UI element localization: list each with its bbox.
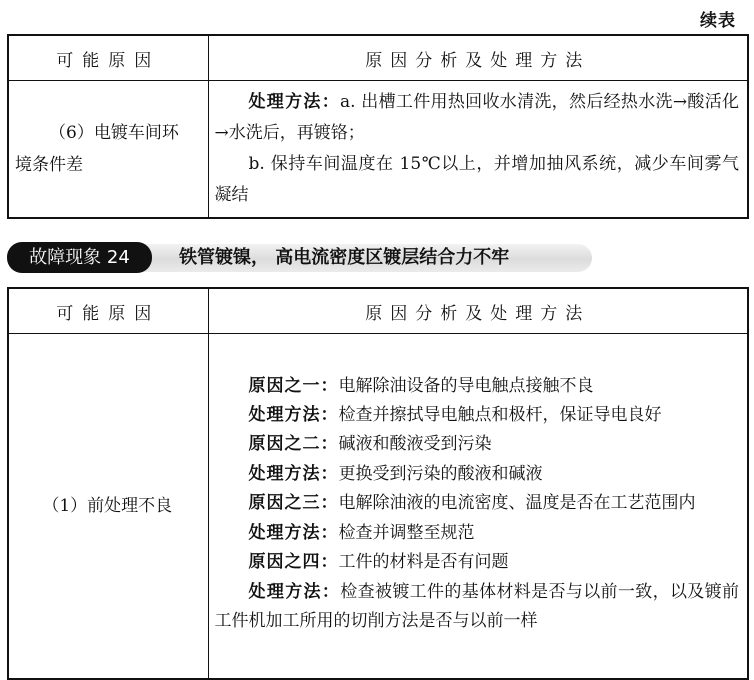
analysis-paragraph: 处理方法：检查并调整至规范 xyxy=(215,519,740,548)
keyword-label: 处理方法： xyxy=(249,405,339,425)
paragraph-text: 碱液和酸液受到污染 xyxy=(339,434,492,454)
paragraph-text: 检查并擦拭导电触点和极杆，保证导电良好 xyxy=(339,405,662,425)
paragraph-text: b. 保持车间温度在 15℃以上，并增加抽风系统，减少车间雾气凝结 xyxy=(215,154,740,205)
analysis-cell: 处理方法：a. 出槽工件用热回收水清洗，然后经热水洗→酸活化→水洗后，再镀铬； … xyxy=(208,81,748,219)
keyword-label: 原因之四： xyxy=(249,552,339,572)
analysis-paragraph: b. 保持车间温度在 15℃以上，并增加抽风系统，减少车间雾气凝结 xyxy=(215,149,740,211)
table-header-row: 可能原因 原因分析及处理方法 xyxy=(8,35,748,81)
continued-table-label: 续表 xyxy=(700,6,736,31)
paragraph-text: 电解除油设备的导电触点接触不良 xyxy=(339,376,594,396)
fault-title: 铁管镀镍， 高电流密度区镀层结合力不牢 xyxy=(179,242,509,273)
fault-number-badge: 故障现象 24 xyxy=(7,242,152,273)
cause-text-line2: 境条件差 xyxy=(15,149,200,181)
keyword-label: 原因之三： xyxy=(249,493,339,513)
header-possible-cause: 可能原因 xyxy=(8,288,208,334)
table-row: （6）电镀车间环 境条件差 处理方法：a. 出槽工件用热回收水清洗，然后经热水洗… xyxy=(8,81,748,219)
fault-section-banner: 故障现象 24 铁管镀镍， 高电流密度区镀层结合力不牢 xyxy=(7,242,592,273)
analysis-paragraph: 原因之一：电解除油设备的导电触点接触不良 xyxy=(215,372,740,401)
paragraph-text: 工件的材料是否有问题 xyxy=(339,552,509,572)
paragraph-text: 电解除油液的电流密度、温度是否在工艺范围内 xyxy=(339,493,696,513)
header-analysis-method: 原因分析及处理方法 xyxy=(208,288,748,334)
header-analysis-method: 原因分析及处理方法 xyxy=(208,35,748,81)
analysis-cell: 原因之一：电解除油设备的导电触点接触不良 处理方法：检查并擦拭导电触点和极杆，保… xyxy=(208,334,748,680)
keyword-label: 原因之一： xyxy=(249,376,339,396)
cause-text-line1: （6）电镀车间环 xyxy=(15,117,200,149)
analysis-paragraph: 原因之三：电解除油液的电流密度、温度是否在工艺范围内 xyxy=(215,489,740,518)
paragraph-text: 检查并调整至规范 xyxy=(339,523,475,543)
header-possible-cause: 可能原因 xyxy=(8,35,208,81)
analysis-paragraph: 原因之二：碱液和酸液受到污染 xyxy=(215,430,740,459)
paragraph-text: 更换受到污染的酸液和碱液 xyxy=(339,464,543,484)
keyword-label: 处理方法： xyxy=(249,464,339,484)
analysis-paragraph: 处理方法：检查被镀工件的基体材料是否与以前一致，以及镀前工件机加工所用的切削方法… xyxy=(215,578,740,637)
keyword-label: 处理方法： xyxy=(249,92,341,112)
keyword-label: 处理方法： xyxy=(249,523,339,543)
fault-table-continued: 可能原因 原因分析及处理方法 （6）电镀车间环 境条件差 处理方法：a. 出槽工… xyxy=(7,34,749,219)
table-row: （1）前处理不良 原因之一：电解除油设备的导电触点接触不良 处理方法：检查并擦拭… xyxy=(8,334,748,680)
analysis-paragraph: 原因之四：工件的材料是否有问题 xyxy=(215,548,740,577)
keyword-label: 处理方法： xyxy=(249,582,341,602)
fault-table-24: 可能原因 原因分析及处理方法 （1）前处理不良 原因之一：电解除油设备的导电触点… xyxy=(7,287,749,680)
cause-text: （1）前处理不良 xyxy=(42,496,172,516)
cause-cell: （6）电镀车间环 境条件差 xyxy=(8,81,208,219)
analysis-paragraph: 处理方法：a. 出槽工件用热回收水清洗，然后经热水洗→酸活化→水洗后，再镀铬； xyxy=(215,87,740,149)
analysis-paragraph: 处理方法：检查并擦拭导电触点和极杆，保证导电良好 xyxy=(215,401,740,430)
table-header-row: 可能原因 原因分析及处理方法 xyxy=(8,288,748,334)
cause-cell: （1）前处理不良 xyxy=(8,334,208,680)
analysis-paragraph: 处理方法：更换受到污染的酸液和碱液 xyxy=(215,460,740,489)
keyword-label: 原因之二： xyxy=(249,434,339,454)
